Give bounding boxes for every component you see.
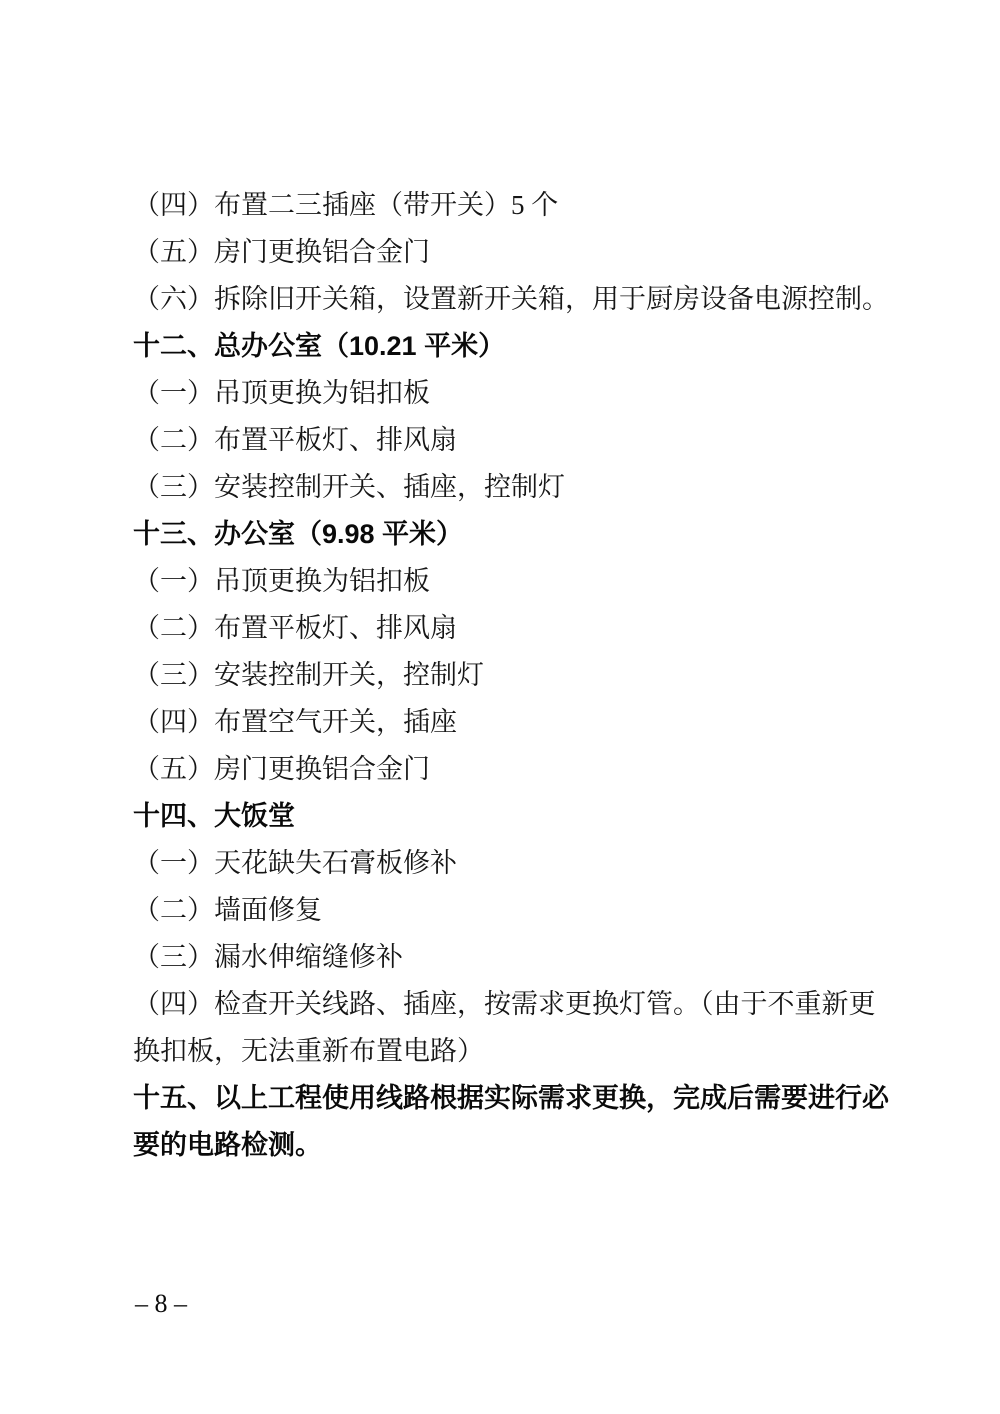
section-heading: 十四、大饭堂 [133, 793, 903, 840]
document-line: 换扣板，无法重新布置电路） [133, 1028, 903, 1075]
document-line: （五）房门更换铝合金门 [133, 229, 903, 276]
section-heading: 十二、总办公室（10.21 平米） [133, 323, 903, 370]
document-line: （五）房门更换铝合金门 [133, 746, 903, 793]
document-line: （一）吊顶更换为铝扣板 [133, 558, 903, 605]
document-line: （二）布置平板灯、排风扇 [133, 417, 903, 464]
section-heading: 十三、办公室（9.98 平米） [133, 511, 903, 558]
document-page: （四）布置二三插座（带开关）5 个 （五）房门更换铝合金门 （六）拆除旧开关箱，… [0, 0, 1000, 1414]
document-line: （一）天花缺失石膏板修补 [133, 840, 903, 887]
document-line: （二）墙面修复 [133, 887, 903, 934]
document-line: （四）布置二三插座（带开关）5 个 [133, 182, 903, 229]
document-line: （二）布置平板灯、排风扇 [133, 605, 903, 652]
document-line: （三）安装控制开关、插座，控制灯 [133, 464, 903, 511]
section-heading: 要的电路检测。 [133, 1122, 903, 1169]
document-line: （四）布置空气开关，插座 [133, 699, 903, 746]
document-line: （四）检查开关线路、插座，按需求更换灯管。（由于不重新更 [133, 981, 903, 1028]
page-number: – 8 – [135, 1284, 187, 1324]
document-line: （三）安装控制开关，控制灯 [133, 652, 903, 699]
document-line: （一）吊顶更换为铝扣板 [133, 370, 903, 417]
document-body: （四）布置二三插座（带开关）5 个 （五）房门更换铝合金门 （六）拆除旧开关箱，… [133, 182, 903, 1169]
document-line: （三）漏水伸缩缝修补 [133, 934, 903, 981]
document-line: （六）拆除旧开关箱，设置新开关箱，用于厨房设备电源控制。 [133, 276, 903, 323]
section-heading: 十五、以上工程使用线路根据实际需求更换，完成后需要进行必 [133, 1075, 903, 1122]
